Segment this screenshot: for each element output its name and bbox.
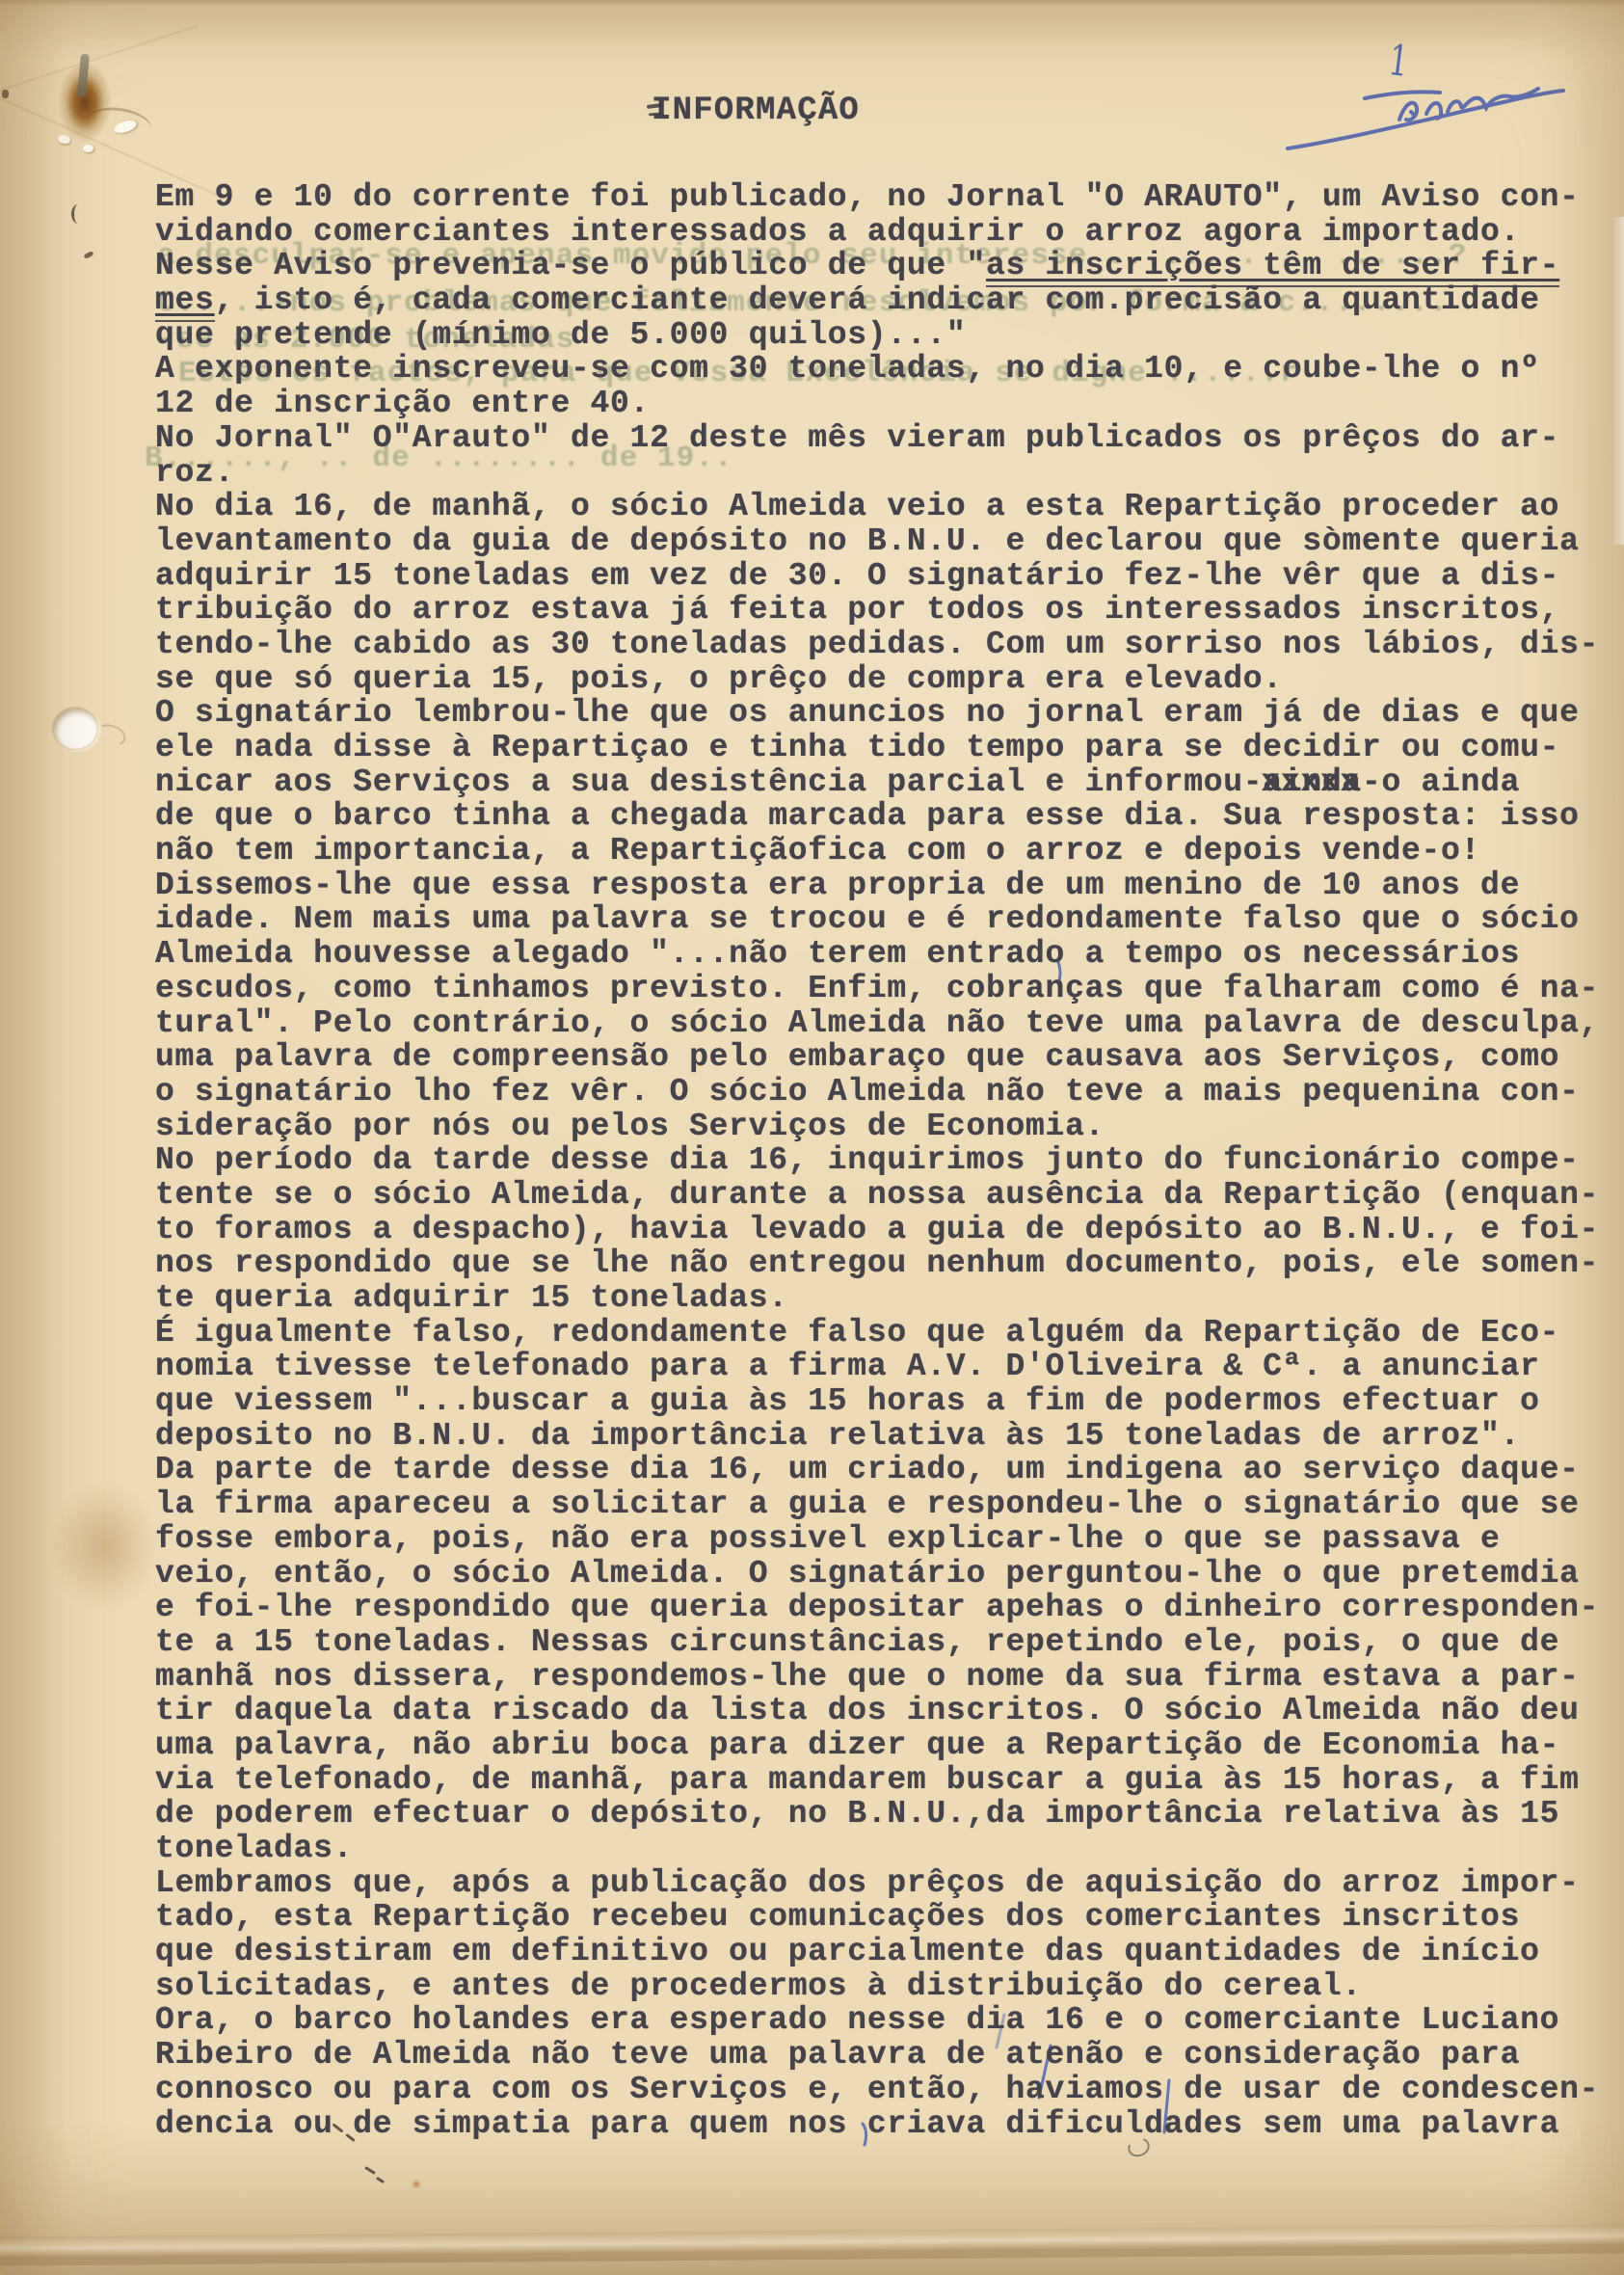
text-line: de poderem efectuar o depósito, no B.N.U… bbox=[155, 1797, 1624, 1832]
text-line: e foi-lhe respondido que queria deposita… bbox=[155, 1591, 1624, 1625]
text-line: sideração por nós ou pelos Serviços de E… bbox=[155, 1110, 1624, 1144]
text-line: toneladas. bbox=[155, 1832, 1624, 1866]
text-line: te queria adquirir 15 toneladas. bbox=[155, 1281, 1624, 1316]
text-line: Dissemos-lhe que essa resposta era propr… bbox=[155, 869, 1624, 903]
text-line: levantamento da guia de depósito no B.N.… bbox=[155, 524, 1624, 559]
text-line: tribuição do arroz estava já feita por t… bbox=[155, 593, 1624, 628]
scanned-document-page: a desculpar-se e apenas movido pelo seu … bbox=[0, 0, 1624, 2275]
text-line: tural". Pelo contrário, o sócio Almeida … bbox=[155, 1006, 1624, 1041]
text-line: uma palavra, não abriu boca para dizer q… bbox=[155, 1728, 1624, 1763]
text-line: tado, esta Repartição recebeu comunicaçõ… bbox=[155, 1900, 1624, 1935]
text-line: Ribeiro de Almeida não teve uma palavra … bbox=[155, 2038, 1624, 2073]
text-line: Ora, o barco holandes era esperado nesse… bbox=[155, 2003, 1624, 2038]
text-line: fosse embora, pois, não era possivel exp… bbox=[155, 1522, 1624, 1557]
text-line: que viessem "...buscar a guia às 15 hora… bbox=[155, 1384, 1624, 1419]
document-title: INFORMAÇÃO bbox=[652, 93, 860, 129]
text-line: deposito no B.N.U. da importância relati… bbox=[155, 1419, 1624, 1454]
text-line: veio, então, o sócio Almeida. O signatár… bbox=[155, 1557, 1624, 1592]
text-line: via telefonado, de manhã, para mandarem … bbox=[155, 1763, 1624, 1798]
text-line: No período da tarde desse dia 16, inquir… bbox=[155, 1143, 1624, 1178]
document-body-text: Em 9 e 10 do corrente foi publicado, no … bbox=[155, 180, 1624, 2141]
text-line: nomia tivesse telefonado para a firma A.… bbox=[155, 1350, 1624, 1384]
text-line: É igualmente falso, redondamente falso q… bbox=[155, 1316, 1624, 1351]
text-line: vidando comerciantes interessados a adqu… bbox=[155, 215, 1624, 250]
text-line: tir daquela data riscado da lista dos in… bbox=[155, 1694, 1624, 1728]
text-line: tendo-lhe cabido as 30 toneladas pedidas… bbox=[155, 628, 1624, 662]
text-line: nicar aos Serviços a sua desistência par… bbox=[155, 765, 1624, 800]
text-line: idade. Nem mais uma palavra se trocou e … bbox=[155, 902, 1624, 937]
text-line: O signatário lembrou-lhe que os anuncios… bbox=[155, 696, 1624, 731]
text-line: que desistiram em definitivo ou parcialm… bbox=[155, 1935, 1624, 1969]
text-line: A exponente inscreveu-se com 30 tonelada… bbox=[155, 352, 1624, 387]
text-line: tente se o sócio Almeida, durante a noss… bbox=[155, 1178, 1624, 1213]
text-line: adquirir 15 toneladas em vez de 30. O si… bbox=[155, 559, 1624, 594]
text-line: uma palavra de compreensão pelo embaraço… bbox=[155, 1040, 1624, 1075]
text-line: manhã nos dissera, respondemos-lhe que o… bbox=[155, 1660, 1624, 1695]
text-line: se que só queria 15, pois, o prêço de co… bbox=[155, 662, 1624, 697]
text-line: dencia ou de simpatia para quem nos cria… bbox=[155, 2107, 1624, 2142]
text-line: No Jornal" O"Arauto" de 12 deste mês vie… bbox=[155, 421, 1624, 456]
text-line: Da parte de tarde desse dia 16, um criad… bbox=[155, 1453, 1624, 1487]
text-line: Nesse Aviso prevenia-se o público de que… bbox=[155, 249, 1624, 283]
text-line: roz. bbox=[155, 456, 1624, 491]
text-line: No dia 16, de manhã, o sócio Almeida vei… bbox=[155, 490, 1624, 524]
text-line: la firma apareceu a solicitar a guia e r… bbox=[155, 1487, 1624, 1522]
text-line: connosco ou para com os Serviços e, entã… bbox=[155, 2073, 1624, 2107]
text-line: não tem importancia, a Repartiçãofica co… bbox=[155, 834, 1624, 869]
text-line: 12 de inscrição entre 40. bbox=[155, 387, 1624, 421]
text-line: ele nada disse à Repartiçao e tinha tido… bbox=[155, 731, 1624, 765]
text-line: Almeida houvesse alegado "...não terem e… bbox=[155, 937, 1624, 972]
text-line: o signatário lho fez vêr. O sócio Almeid… bbox=[155, 1075, 1624, 1110]
text-line: nos respondido que se lhe não entregou n… bbox=[155, 1246, 1624, 1281]
text-line: mes, isto é, cada comerciante deverá ind… bbox=[155, 283, 1624, 318]
text-line: Lembramos que, após a publicação dos prê… bbox=[155, 1866, 1624, 1901]
text-line: que pretende (mínimo de 5.000 quilos)...… bbox=[155, 318, 1624, 353]
text-line: de que o barco tinha a chegada marcada p… bbox=[155, 799, 1624, 834]
text-line: te a 15 toneladas. Nessas circunstâncias… bbox=[155, 1625, 1624, 1660]
text-line: solicitadas, e antes de procedermos à di… bbox=[155, 1969, 1624, 2004]
text-line: escudos, como tinhamos previsto. Enfim, … bbox=[155, 972, 1624, 1006]
text-line: to foramos a despacho), havia levado a g… bbox=[155, 1213, 1624, 1247]
text-line: Em 9 e 10 do corrente foi publicado, no … bbox=[155, 180, 1624, 215]
